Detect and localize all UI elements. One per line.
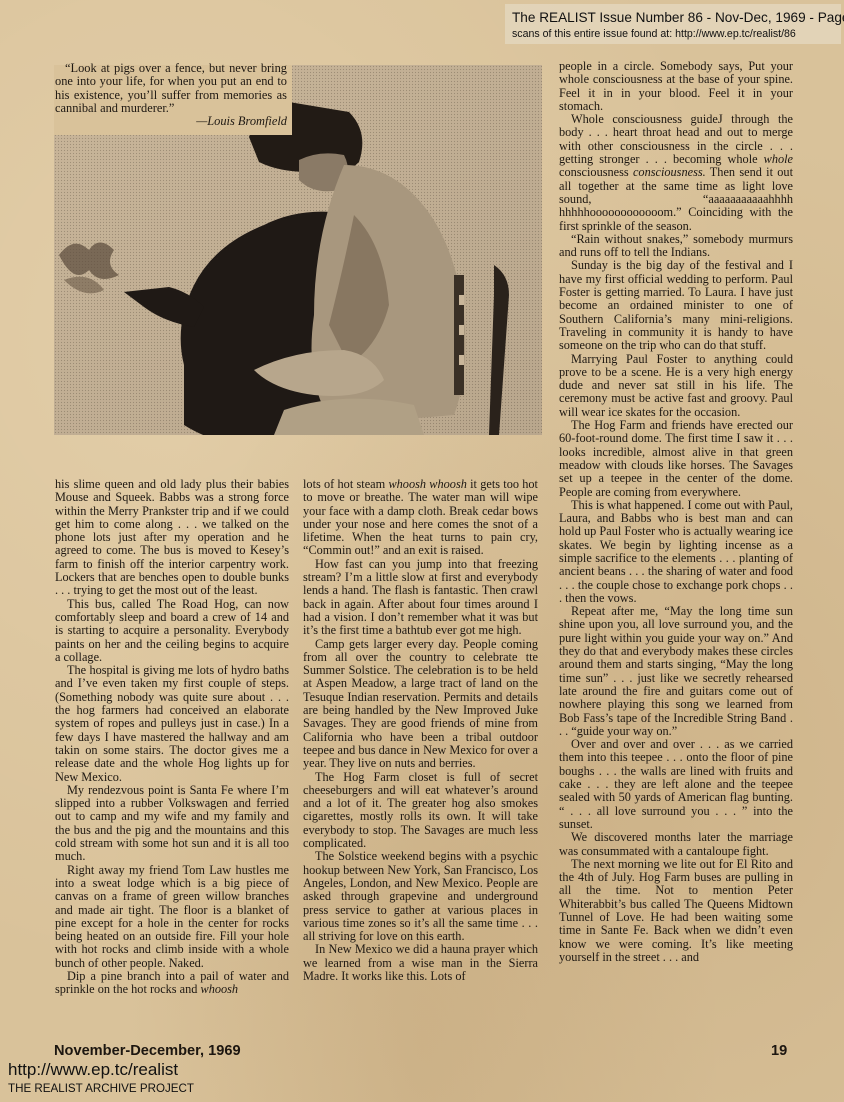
paragraph: Marrying Paul Foster to anything could p… [559, 353, 793, 419]
page-number: 19 [771, 1043, 787, 1059]
paragraph: Camp gets larger every day. People comin… [303, 638, 538, 771]
archive-url-link[interactable]: http://www.ep.tc/realist [8, 1060, 178, 1080]
archive-project-name: THE REALIST ARCHIVE PROJECT [8, 1082, 194, 1095]
text-run: Dip a pine branch into a pail of water a… [55, 969, 289, 996]
issue-title: The REALIST Issue Number 86 - Nov-Dec, 1… [512, 10, 844, 25]
text-run: Whole consciousness guideJ through the b… [559, 112, 793, 166]
paragraph: Whole consciousness guideJ through the b… [559, 113, 793, 233]
paragraph: The Hog Farm closet is full of secret ch… [303, 771, 538, 851]
issue-source-note: scans of this entire issue found at: htt… [512, 28, 796, 40]
paragraph: How fast can you jump into that freezing… [303, 558, 538, 638]
paragraph: My rendezvous point is Santa Fe where I’… [55, 784, 289, 864]
paragraph: “Rain without snakes,” somebody murmurs … [559, 233, 793, 260]
paragraph: people in a circle. Somebody says, Put y… [559, 60, 793, 113]
text-run: consciousness [559, 165, 633, 179]
epigraph-attribution: —Louis Bromfield [55, 115, 287, 128]
paragraph: The next morning we lite out for El Rito… [559, 858, 793, 964]
paragraph: Sunday is the big day of the festival an… [559, 259, 793, 352]
article-column-1: his slime queen and old lady plus their … [55, 478, 289, 997]
paragraph: This bus, called The Road Hog, can now c… [55, 598, 289, 664]
italic-text: consciousness. [633, 165, 706, 179]
paragraph: Dip a pine branch into a pail of water a… [55, 970, 289, 997]
italic-text: whoosh whoosh [388, 477, 466, 491]
paragraph: Repeat after me, “May the long time sun … [559, 605, 793, 738]
paragraph: In New Mexico we did a hauna prayer whic… [303, 943, 538, 983]
archive-header-banner: The REALIST Issue Number 86 - Nov-Dec, 1… [505, 4, 841, 44]
paragraph: The hospital is giving me lots of hydro … [55, 664, 289, 784]
text-run: lots of hot steam [303, 477, 388, 491]
paragraph: The Solstice weekend begins with a psych… [303, 850, 538, 943]
italic-text: whoosh [201, 982, 239, 996]
epigraph-text: “Look at pigs over a fence, but never br… [55, 62, 287, 115]
epigraph-block: “Look at pigs over a fence, but never br… [55, 62, 287, 128]
paragraph: Over and over and over . . . as we carri… [559, 738, 793, 831]
italic-text: whole [764, 152, 793, 166]
paragraph: his slime queen and old lady plus their … [55, 478, 289, 598]
article-column-3: people in a circle. Somebody says, Put y… [559, 60, 793, 964]
paragraph: The Hog Farm and friends have erected ou… [559, 419, 793, 499]
paragraph: lots of hot steam whoosh whoosh it gets … [303, 478, 538, 558]
issue-date-footer: November-December, 1969 [54, 1043, 241, 1059]
paragraph: Right away my friend Tom Law hustles me … [55, 864, 289, 970]
paragraph: We discovered months later the marriage … [559, 831, 793, 858]
article-column-2: lots of hot steam whoosh whoosh it gets … [303, 478, 538, 983]
paragraph: This is what happened. I come out with P… [559, 499, 793, 605]
